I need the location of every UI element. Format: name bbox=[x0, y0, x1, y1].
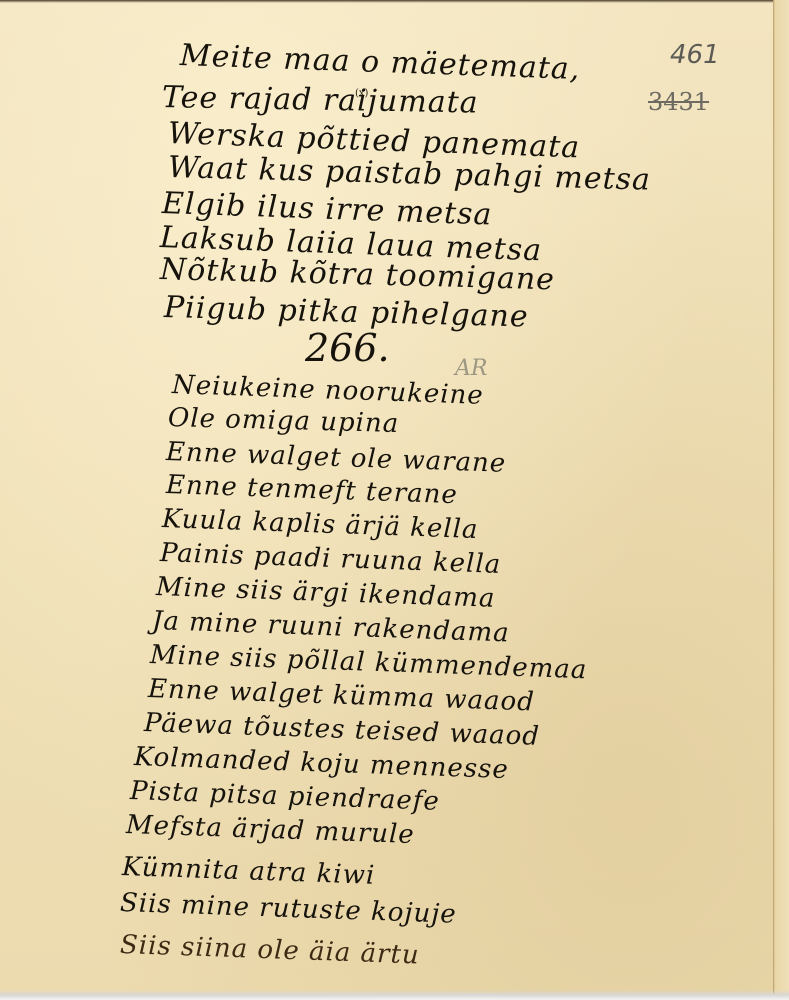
verse-line: Kümnita atra kiwi bbox=[121, 852, 375, 891]
archive-page-number: 461 bbox=[670, 40, 720, 70]
verse-line: Ole omiga upina bbox=[168, 403, 400, 439]
verse-line: Siis siina ole äia ärtu bbox=[119, 930, 420, 970]
page-top-edge bbox=[0, 0, 789, 3]
verse-line: Tee rajad raijumata bbox=[162, 80, 479, 121]
pencil-initials: AR bbox=[455, 356, 487, 381]
manuscript-page: 461 3431 (x) Meite maa o mäetemata, Tee … bbox=[0, 0, 789, 1000]
page-bottom-edge bbox=[0, 990, 789, 1000]
verse-line: Pista pitsa piendraefe bbox=[129, 776, 440, 817]
struck-old-number: 3431 bbox=[648, 88, 709, 116]
song-number: 266. bbox=[305, 326, 390, 370]
verse-line: Siis mine rutuste kojuje bbox=[119, 888, 457, 930]
verse-line: Mefsta ärjad murule bbox=[125, 810, 415, 850]
page-right-edge bbox=[773, 0, 789, 1000]
verse-line: Meite maa o mäetemata, bbox=[179, 38, 580, 87]
verse-line: Enne tenmeft terane bbox=[165, 470, 458, 510]
